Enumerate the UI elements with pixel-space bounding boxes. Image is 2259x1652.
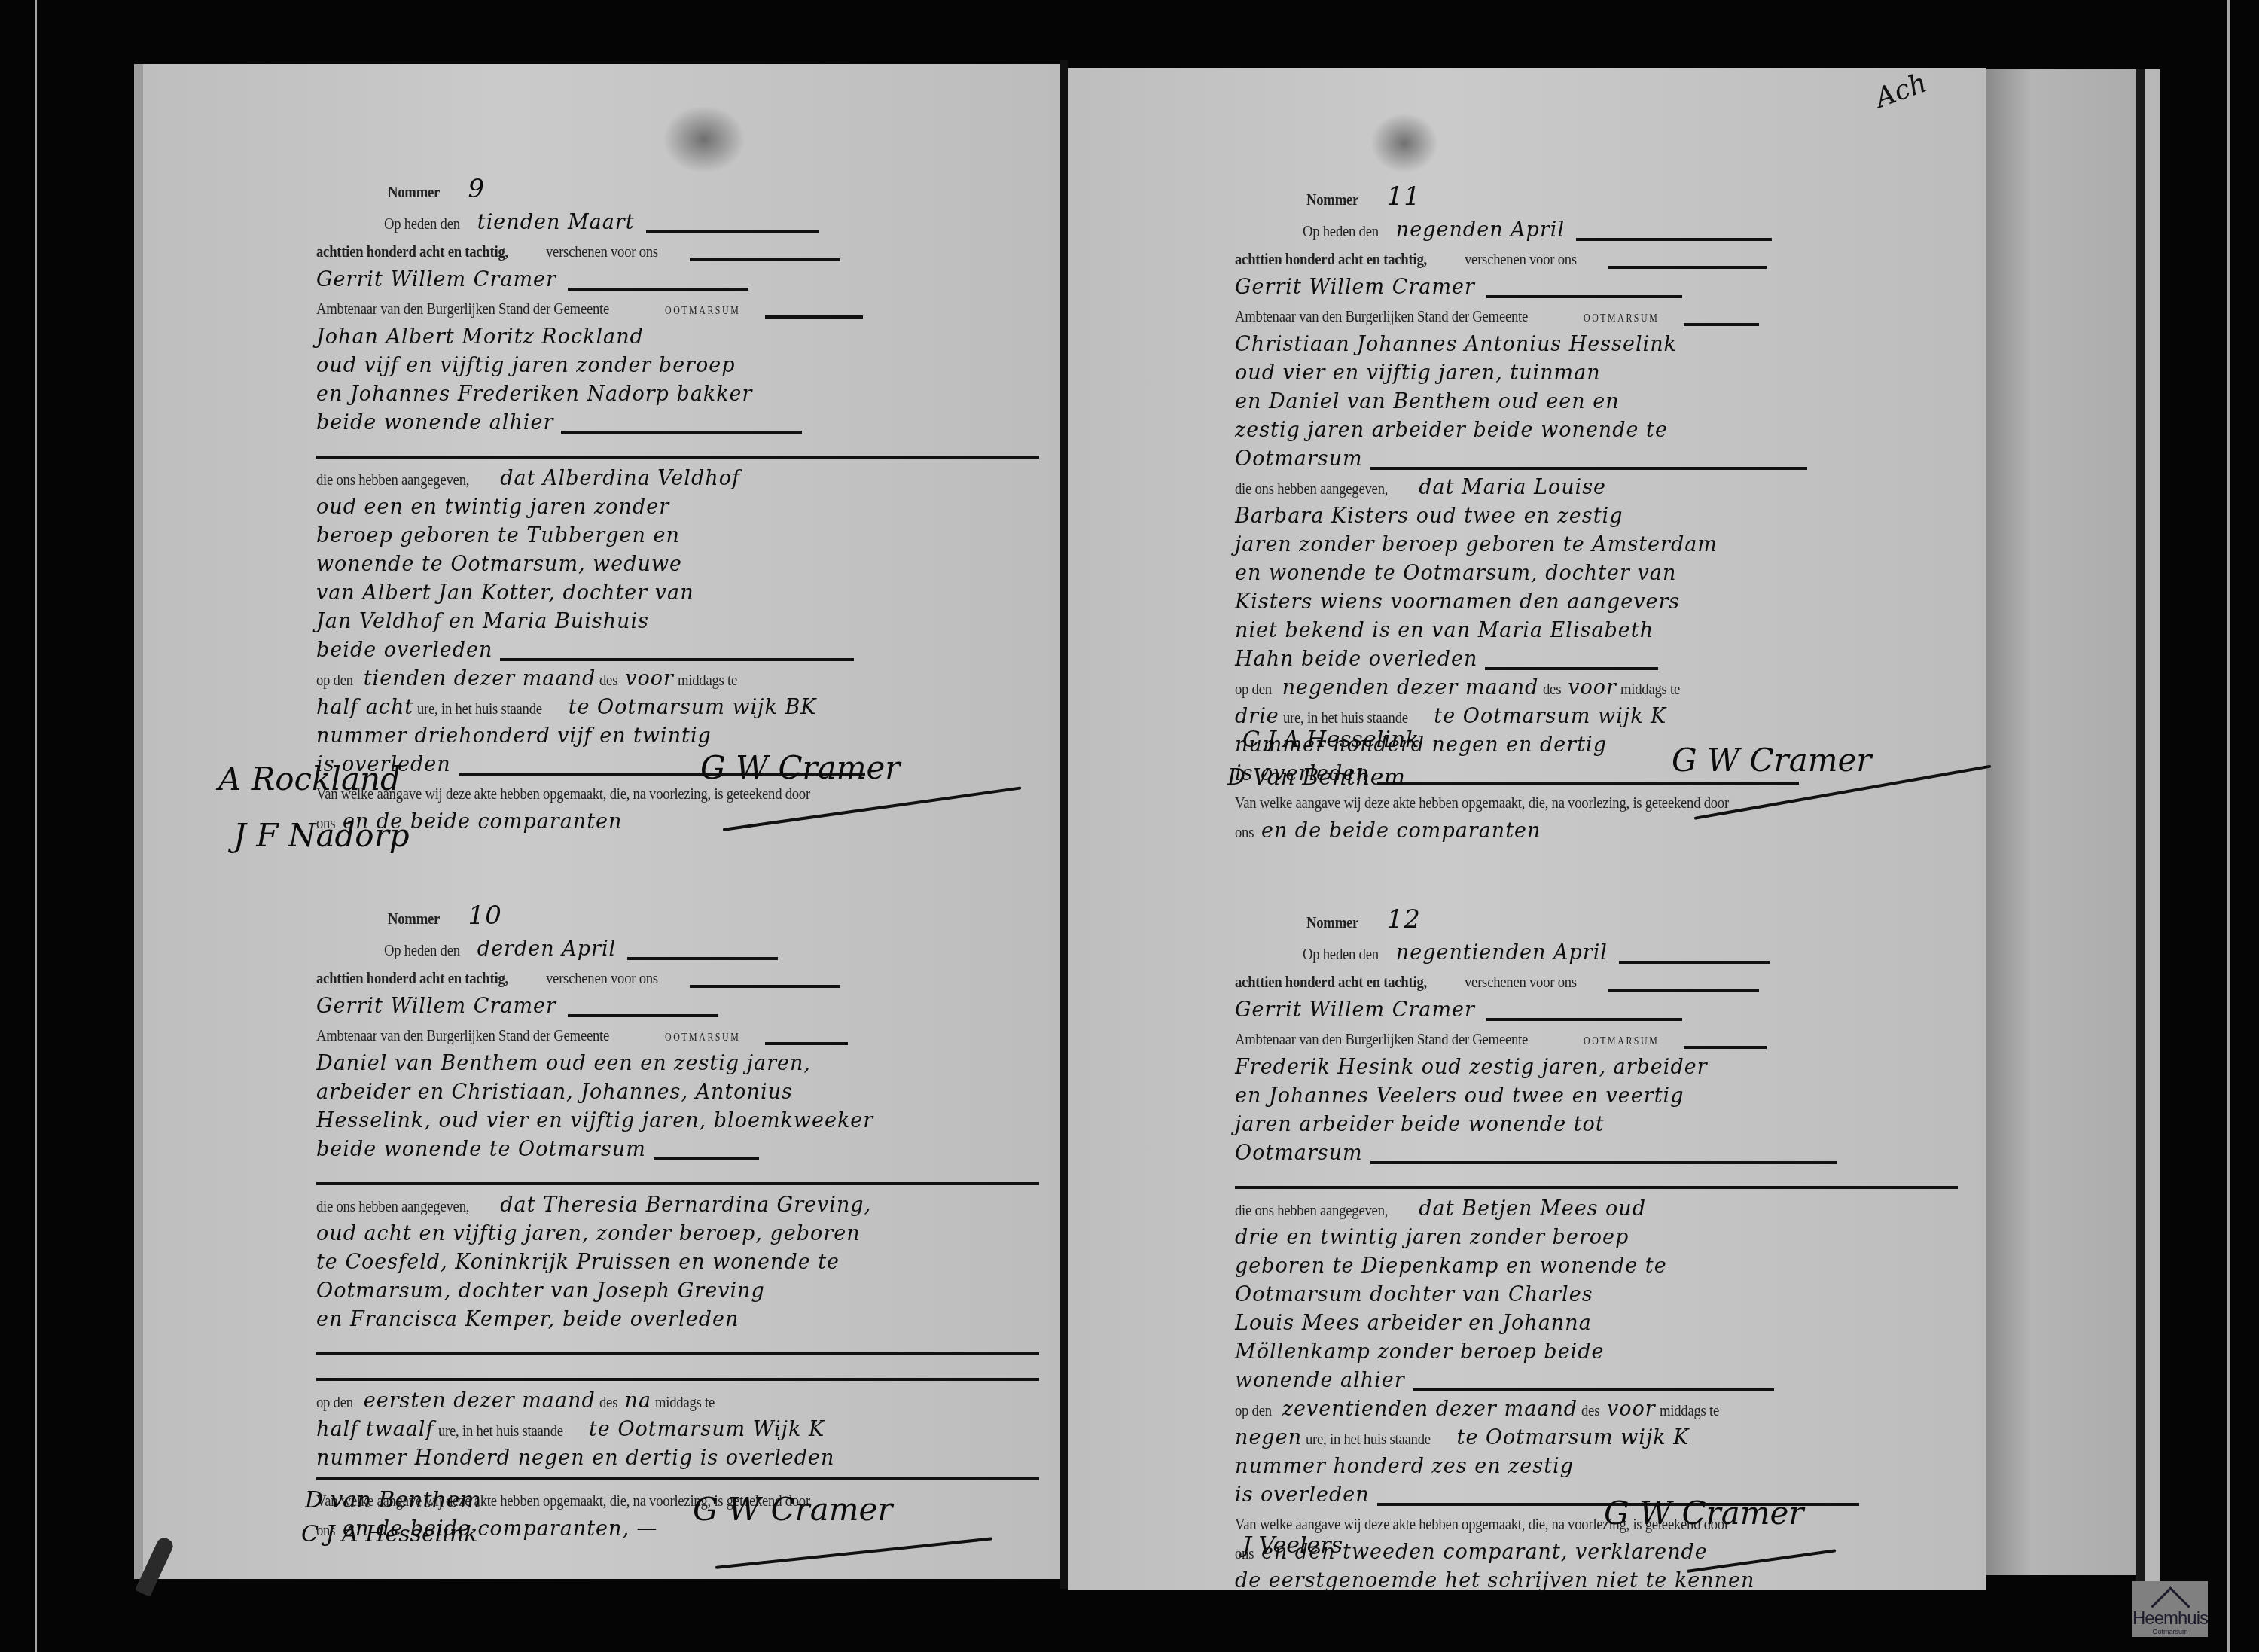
death-date-row: op den negenden dezer maand des voor mid… [1235,674,1958,703]
op-den-label: op den [316,666,353,694]
location-text: nummer honderd zes en zestig [1235,1455,1574,1478]
death-time: half acht [316,696,413,719]
year-label: achttien honderd acht en tachtig, [316,964,508,992]
record-date: derden April [477,937,616,961]
official-row: Gerrit Willem Cramer [316,266,1039,294]
informant-line: Ootmarsum [1235,445,1958,474]
op-heden-label: Op heden den [1303,217,1379,245]
declaration-text: en wonende te Ootmarsum, dochter van [1235,562,1676,585]
year-row: achttien honderd acht en tachtig, versch… [316,964,1039,992]
location-line: is overleden [1235,1481,1958,1510]
location-line: is overleden [316,751,1039,779]
declaration-line: wonende alhier [1235,1367,1958,1395]
aangegeven-label: die ons hebben aangegeven, [316,465,469,494]
location-text: nummer Honderd negen en dertig is overle… [316,1446,834,1470]
stamp-stain [1370,113,1438,173]
book-spine [1060,60,1068,1589]
declaration-text: dat Maria Louise [1419,476,1606,499]
location-text: te Ootmarsum wijk K [1434,705,1666,728]
declaration-line: wonende te Ootmarsum, weduwe [316,550,1039,579]
separator-line [316,1336,1039,1355]
record-number: 10 [468,901,502,931]
fill-line [561,417,802,434]
ambtenaar-row: Ambtenaar van den Burgerlijken Stand der… [316,1021,1039,1050]
ambtenaar-row: Ambtenaar van den Burgerlijken Stand der… [1235,1025,1958,1053]
signature: A Rockland [218,760,401,797]
declaration-line: beroep geboren te Tubbergen en [316,522,1039,550]
record-9: Nommer 9 Op heden den tienden Maart acht… [316,169,1039,837]
declaration-text: en Francisca Kemper, beide overleden [316,1308,739,1331]
declaration-text: Louis Mees arbeider en Johanna [1235,1312,1592,1335]
nommer-row: Nommer 9 [316,169,1039,209]
fill-line [1576,224,1772,241]
declaration-text: niet bekend is en van Maria Elisabeth [1235,619,1654,642]
nommer-label: Nommer [388,172,440,212]
official-name: Gerrit Willem Cramer [316,995,556,1018]
des-label: des [1581,1396,1599,1425]
des-label: des [599,666,617,694]
location-line: nummer Honderd negen en dertig is overle… [316,1444,1039,1473]
informant-text: Ootmarsum [1235,1141,1363,1165]
separator-line [316,1361,1039,1381]
time-row: half acht ure, in het huis staande te Oo… [316,693,1039,722]
fill-line [1486,282,1682,298]
declaration-line: die ons hebben aangegeven, dat Alberdina… [316,465,1039,493]
informant-text: en Johannes Veelers oud twee en veertig [1235,1084,1684,1108]
nommer-row: Nommer 12 [1235,900,1958,939]
declaration-text: dat Alberdina Veldhof [500,467,740,490]
aangegeven-label: die ons hebben aangegeven, [1235,1196,1388,1224]
signed-by-row: ons en de beide comparanten [316,808,1039,837]
gemeente-name: OOTMARSUM [665,1024,740,1053]
fill-line [646,217,819,233]
left-page-margin [134,64,143,1579]
informant-line: Hesselink, oud vier en vijftig jaren, bl… [316,1107,1039,1135]
declaration-line: die ons hebben aangegeven, dat Theresia … [316,1191,1039,1220]
declaration-text: drie en twintig jaren zonder beroep [1235,1226,1629,1249]
ons-label: ons [1235,818,1254,846]
declaration-line: Barbara Kisters oud twee en zestig [1235,502,1958,531]
informant-line: Daniel van Benthem oud een en zestig jar… [316,1050,1039,1078]
film-edge-right [2227,0,2230,1652]
des-label: des [599,1388,617,1416]
declaration-text: Ootmarsum, dochter van Joseph Greving [316,1279,765,1303]
official-name: Gerrit Willem Cramer [316,268,556,291]
nommer-label: Nommer [1306,903,1358,942]
location-text: is overleden [1235,1483,1370,1507]
ambtenaar-row: Ambtenaar van den Burgerlijken Stand der… [1235,302,1958,331]
informant-text: Frederik Hesink oud zestig jaren, arbeid… [1235,1056,1708,1079]
declaration-line: oud een en twintig jaren zonder [316,493,1039,522]
stamp-stain [663,105,745,173]
informant-text: Johan Albert Moritz Rockland [316,325,644,349]
informant-text: beide wonende te Ootmarsum [316,1138,646,1161]
declaration-text: geboren te Diepenkamp en wonende te [1235,1254,1667,1278]
middags-label: middags te [1620,675,1680,703]
signature: D van Benthem [305,1487,481,1513]
closing-label: Van welke aangave wij deze akte hebben o… [1235,788,1729,817]
fill-line [1413,1375,1774,1391]
declaration-text: Kisters wiens voornamen den aangevers [1235,590,1680,614]
year-label: achttien honderd acht en tachtig, [316,237,508,266]
verschenen-label: verschenen voor ons [546,237,658,266]
nommer-label: Nommer [388,899,440,938]
year-row: achttien honderd acht en tachtig, versch… [316,237,1039,266]
informant-text: en Daniel van Benthem oud een en [1235,390,1620,413]
declaration-line: Louis Mees arbeider en Johanna [1235,1309,1958,1338]
verschenen-label: verschenen voor ons [1465,968,1577,996]
op-heden-label: Op heden den [1303,940,1379,968]
informant-line: Ootmarsum [1235,1139,1958,1168]
informant-line: Christiaan Johannes Antonius Hesselink [1235,331,1958,359]
ure-label: ure, in het huis staande [438,1416,563,1445]
declaration-text: dat Betjen Mees oud [1419,1197,1646,1221]
signed-by: en de beide comparanten [1261,819,1541,843]
fill-line [1370,453,1807,470]
signed-by-row: ons en den tweeden comparant, verklarend… [1235,1538,1958,1567]
signature: C J A Hesselink [1242,727,1419,753]
separator-line [316,1474,1039,1480]
op-heden-label: Op heden den [384,936,460,965]
ambtenaar-row: Ambtenaar van den Burgerlijken Stand der… [316,294,1039,323]
record-date: negentienden April [1396,941,1608,965]
declaration-line: Möllenkamp zonder beroep beide [1235,1338,1958,1367]
declaration-line: en wonende te Ootmarsum, dochter van [1235,559,1958,588]
year-label: achttien honderd acht en tachtig, [1235,968,1427,996]
separator-line [316,1166,1039,1185]
declaration-line: Kisters wiens voornamen den aangevers [1235,588,1958,617]
informant-line: jaren arbeider beide wonende tot [1235,1111,1958,1139]
fill-line [500,645,854,661]
informant-text: zestig jaren arbeider beide wonende te [1235,419,1668,442]
declaration-line: die ons hebben aangegeven, dat Maria Lou… [1235,474,1958,502]
signed-by-row: ons en de beide comparanten [1235,817,1958,846]
page-edge-strip [1986,69,2136,1575]
date-row: Op heden den negenden April [1235,216,1958,245]
informant-line: arbeider en Christiaan, Johannes, Antoni… [316,1078,1039,1107]
death-date-row: op den tienden dezer maand des voor midd… [316,665,1039,693]
aangegeven-label: die ons hebben aangegeven, [1235,474,1388,503]
informant-text: Daniel van Benthem oud een en zestig jar… [316,1052,811,1075]
op-den-label: op den [1235,675,1272,703]
declaration-text: oud acht en vijftig jaren, zonder beroep… [316,1222,861,1245]
fill-line [1608,975,1759,992]
date-row: Op heden den derden April [316,935,1039,964]
middags-label: middags te [678,666,737,694]
fill-line [1684,1032,1767,1049]
fill-line [1486,1004,1682,1021]
ampm: voor [625,667,674,690]
fill-line [627,943,778,960]
record-12: Nommer 12 Op heden den negentienden Apri… [1235,900,1958,1596]
nommer-row: Nommer 10 [316,896,1039,935]
declaration-text: beide overleden [316,639,492,662]
separator-line [1235,1169,1958,1189]
fill-line [1370,1148,1837,1164]
op-den-label: op den [1235,1396,1272,1425]
separator-line [316,439,1039,459]
declaration-line: Ootmarsum dochter van Charles [1235,1281,1958,1309]
heemhuis-logo: Heemhuis Ootmarsum [2132,1581,2208,1637]
signature: G W Cramer [1672,742,1871,779]
declaration-line: jaren zonder beroep geboren te Amsterdam [1235,531,1958,559]
official-name: Gerrit Willem Cramer [1235,998,1475,1022]
fill-line [568,274,748,291]
informant-text: en Johannes Frederiken Nadorp bakker [316,383,752,406]
gemeente-name: OOTMARSUM [1584,1028,1659,1056]
year-row: achttien honderd acht en tachtig, versch… [1235,245,1958,273]
informant-line: Johan Albert Moritz Rockland [316,323,1039,352]
fill-line [765,302,863,319]
nommer-label: Nommer [1306,180,1358,219]
informant-text: jaren arbeider beide wonende tot [1235,1113,1605,1136]
informant-line: Frederik Hesink oud zestig jaren, arbeid… [1235,1053,1958,1082]
record-date: tienden Maart [477,211,635,234]
informant-text: Christiaan Johannes Antonius Hesselink [1235,333,1677,356]
year-label: achttien honderd acht en tachtig, [1235,245,1427,273]
signature: G W Cramer [693,1491,892,1528]
ure-label: ure, in het huis staande [417,694,542,723]
binding-bar [2136,69,2145,1583]
ampm: voor [1568,676,1617,700]
year-row: achttien honderd acht en tachtig, versch… [1235,968,1958,996]
declaration-text: Jan Veldhof en Maria Buishuis [316,610,649,633]
record-10: Nommer 10 Op heden den derden April acht… [316,896,1039,1544]
record-number: 11 [1387,181,1421,212]
death-date-row: op den eersten dezer maand des na middag… [316,1387,1039,1416]
record-date: negenden April [1396,218,1565,242]
op-den-label: op den [316,1388,353,1416]
declaration-text: Möllenkamp zonder beroep beide [1235,1340,1605,1364]
declaration-text: Hahn beide overleden [1235,648,1477,671]
fill-line [568,1001,718,1017]
informant-line: en Daniel van Benthem oud een en [1235,388,1958,416]
location-text: te Ootmarsum wijk BK [569,696,817,719]
death-time: drie [1235,705,1279,728]
ampm: voor [1607,1397,1656,1421]
declaration-line: Hahn beide overleden [1235,645,1958,674]
fill-line [1684,309,1759,326]
declaration-text: te Coesfeld, Koninkrijk Pruissen en wone… [316,1251,840,1274]
death-day: tienden dezer maand [364,667,596,690]
declaration-line: drie en twintig jaren zonder beroep [1235,1224,1958,1252]
declaration-line: Ootmarsum, dochter van Joseph Greving [316,1277,1039,1306]
informant-line: zestig jaren arbeider beide wonende te [1235,416,1958,445]
signature: J Veelers [1242,1532,1343,1559]
declaration-text: beroep geboren te Tubbergen en [316,524,680,547]
signature: J F Nadorp [233,817,410,854]
official-row: Gerrit Willem Cramer [316,992,1039,1021]
death-time: half twaalf [316,1418,434,1441]
gemeente-name: OOTMARSUM [1584,305,1659,334]
op-heden-label: Op heden den [384,209,460,238]
informant-text: Hesselink, oud vier en vijftig jaren, bl… [316,1109,873,1132]
signed-by-continued: de eerstgenoemde het schrijven niet te k… [1235,1569,1754,1593]
film-edge-left [35,0,37,1652]
death-day: zeventienden dezer maand [1282,1397,1578,1421]
declaration-line: oud acht en vijftig jaren, zonder beroep… [316,1220,1039,1248]
ambtenaar-label: Ambtenaar van den Burgerlijken Stand der… [1235,1025,1528,1053]
official-name: Gerrit Willem Cramer [1235,276,1475,299]
binding-edge [2145,69,2160,1583]
location-text: nummer driehonderd vijf en twintig [316,724,712,748]
declaration-line: en Francisca Kemper, beide overleden [316,1306,1039,1334]
location-text: te Ootmarsum Wijk K [589,1418,825,1441]
signature: G W Cramer [700,749,900,786]
time-row: half twaalf ure, in het huis staande te … [316,1416,1039,1444]
declaration-text: jaren zonder beroep geboren te Amsterdam [1235,533,1718,556]
informant-line: en Johannes Frederiken Nadorp bakker [316,380,1039,409]
closing-row: Van welke aangave wij deze akte hebben o… [1235,1510,1958,1538]
declaration-text: wonende te Ootmarsum, weduwe [316,553,682,576]
declaration-text: wonende alhier [1235,1369,1405,1392]
signed-by-row-2: de eerstgenoemde het schrijven niet te k… [1235,1567,1958,1596]
declaration-text: Barbara Kisters oud twee en zestig [1235,504,1623,528]
des-label: des [1543,675,1561,703]
date-row: Op heden den tienden Maart [316,209,1039,237]
informant-text: beide wonende alhier [316,411,553,434]
informant-line: oud vijf en vijftig jaren zonder beroep [316,352,1039,380]
declaration-line: niet bekend is en van Maria Elisabeth [1235,617,1958,645]
gemeente-name: OOTMARSUM [665,297,740,326]
time-row: negen ure, in het huis staande te Ootmar… [1235,1424,1958,1452]
informant-line: en Johannes Veelers oud twee en veertig [1235,1082,1958,1111]
declaration-text: oud een en twintig jaren zonder [316,495,669,519]
location-line: nummer honderd zes en zestig [1235,1452,1958,1481]
location-text: te Ootmarsum wijk K [1457,1426,1690,1449]
ambtenaar-label: Ambtenaar van den Burgerlijken Stand der… [316,1021,609,1050]
record-number: 12 [1387,904,1421,934]
record-number: 9 [468,174,486,204]
location-line: nummer driehonderd vijf en twintig [316,722,1039,751]
declaration-text: Ootmarsum dochter van Charles [1235,1283,1593,1306]
informant-line: beide wonende te Ootmarsum [316,1135,1039,1164]
informant-line: oud vier en vijftig jaren, tuinman [1235,359,1958,388]
ure-label: ure, in het huis staande [1306,1425,1431,1453]
middags-label: middags te [655,1388,715,1416]
informant-text: arbeider en Christiaan, Johannes, Antoni… [316,1081,793,1104]
declaration-text: van Albert Jan Kotter, dochter van [316,581,694,605]
middags-label: middags te [1660,1396,1719,1425]
informant-text: Ootmarsum [1235,447,1363,471]
declaration-line: die ons hebben aangegeven, dat Betjen Me… [1235,1195,1958,1224]
declaration-line: van Albert Jan Kotter, dochter van [316,579,1039,608]
ambtenaar-label: Ambtenaar van den Burgerlijken Stand der… [1235,302,1528,331]
official-row: Gerrit Willem Cramer [1235,273,1958,302]
fill-line [1608,252,1767,269]
fill-line [690,971,840,988]
informant-text: oud vier en vijftig jaren, tuinman [1235,361,1601,385]
fill-line [1619,947,1770,964]
verschenen-label: verschenen voor ons [1465,245,1577,273]
ambtenaar-label: Ambtenaar van den Burgerlijken Stand der… [316,294,609,323]
death-time: negen [1235,1426,1302,1449]
declaration-line: geboren te Diepenkamp en wonende te [1235,1252,1958,1281]
declaration-text: dat Theresia Bernardina Greving, [500,1193,871,1217]
informant-text: oud vijf en vijftig jaren zonder beroep [316,354,736,377]
verschenen-label: verschenen voor ons [546,964,658,992]
declaration-line: te Coesfeld, Koninkrijk Pruissen en wone… [316,1248,1039,1277]
date-row: Op heden den negentienden April [1235,939,1958,968]
signature: G W Cramer [1604,1495,1803,1532]
fill-line [765,1029,848,1045]
death-day: negenden dezer maand [1282,676,1539,700]
signature: D Van Benthem [1227,764,1405,791]
nommer-row: Nommer 11 [1235,177,1958,216]
ampm: na [625,1389,652,1413]
informant-line: beide wonende alhier [316,409,1039,437]
declaration-line: Jan Veldhof en Maria Buishuis [316,608,1039,636]
closing-row: Van welke aangave wij deze akte hebben o… [316,779,1039,808]
fill-line [654,1144,759,1160]
logo-subtitle: Ootmarsum [2152,1628,2187,1635]
death-day: eersten dezer maand [364,1389,596,1413]
signature: C J A Hesselink [301,1521,477,1547]
fill-line [690,245,840,261]
aangegeven-label: die ons hebben aangegeven, [316,1192,469,1221]
official-row: Gerrit Willem Cramer [1235,996,1958,1025]
declaration-line: beide overleden [316,636,1039,665]
death-date-row: op den zeventienden dezer maand des voor… [1235,1395,1958,1424]
fill-line [1485,654,1658,670]
